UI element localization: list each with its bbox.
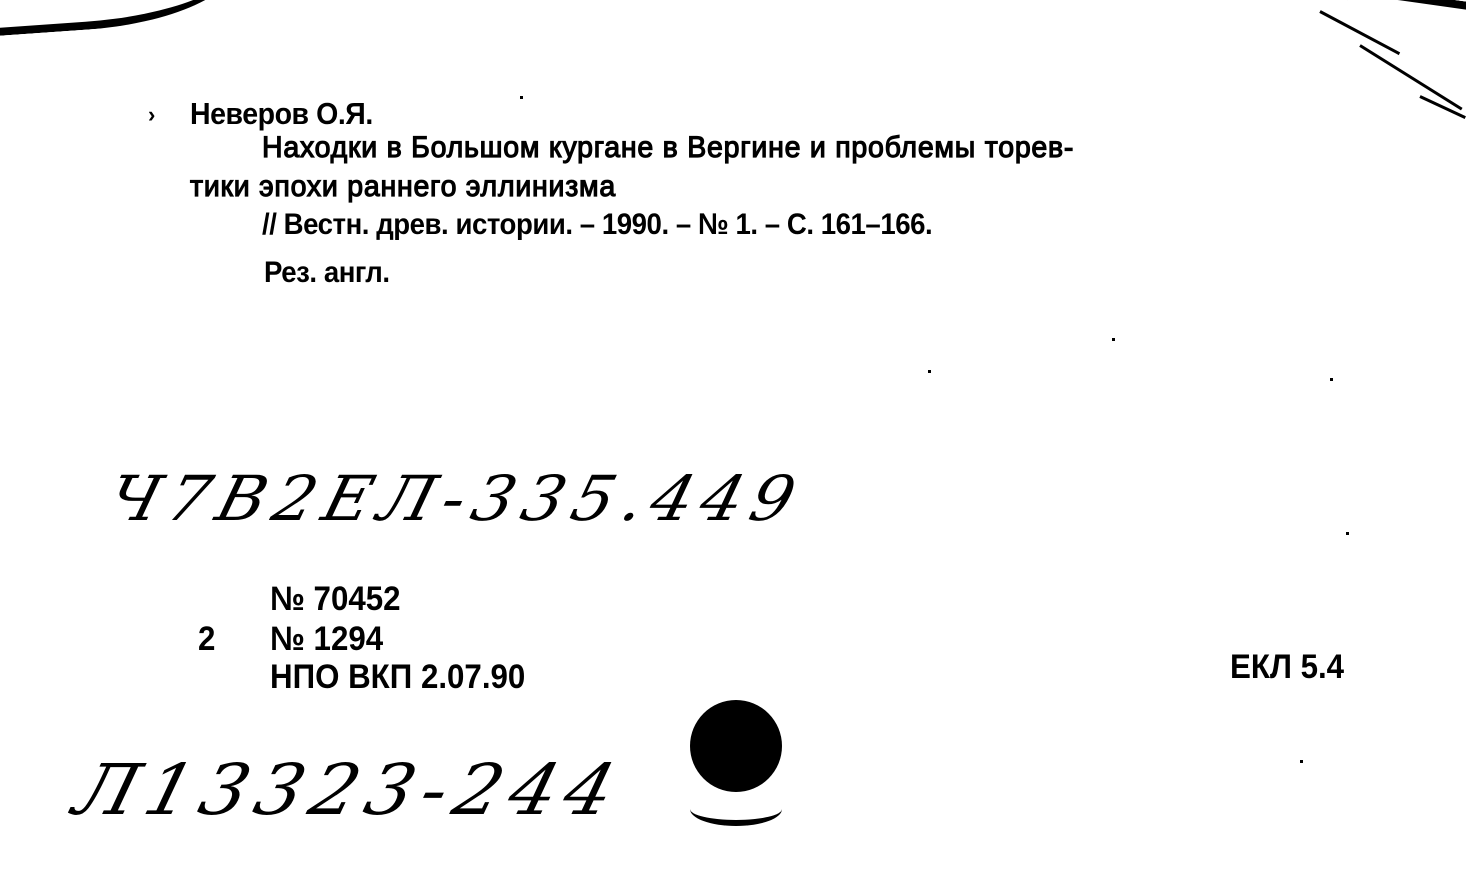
summary-note: Рез. англ. (264, 258, 390, 288)
paper-speck (928, 370, 931, 373)
handwritten-shelfmark: Ч7В2ЕЛ-335.449 (102, 468, 810, 530)
paper-speck (1300, 760, 1303, 763)
paper-speck (1112, 338, 1115, 341)
card-edge-shadow (0, 0, 242, 37)
title-line-2: тики эпохи раннего эллинизма (190, 172, 616, 202)
paper-speck (1330, 378, 1333, 381)
bullet-mark: › (148, 102, 155, 128)
catalog-card: › Неверов О.Я. Находки в Большом кургане… (0, 0, 1466, 890)
registration-number-1: № 70452 (270, 582, 401, 616)
paper-speck (520, 96, 523, 99)
source-citation: // Вестн. древ. истории. – 1990. – № 1. … (262, 210, 932, 240)
punch-hole-shadow (690, 792, 782, 826)
title-line-1: Находки в Большом кургане в Вергине и пр… (262, 133, 1074, 163)
card-crease-line (1359, 44, 1462, 110)
copies-count: 2 (198, 622, 215, 656)
author-name: Неверов О.Я. (190, 98, 373, 129)
paper-speck (1346, 532, 1349, 535)
agency-date: НПО ВКП 2.07.90 (270, 660, 525, 694)
registration-number-2: № 1294 (270, 622, 383, 656)
handwritten-inventory-number: Л13323-244 (68, 755, 631, 825)
classification-code: ЕКЛ 5.4 (1230, 650, 1344, 684)
punch-hole (690, 700, 782, 792)
